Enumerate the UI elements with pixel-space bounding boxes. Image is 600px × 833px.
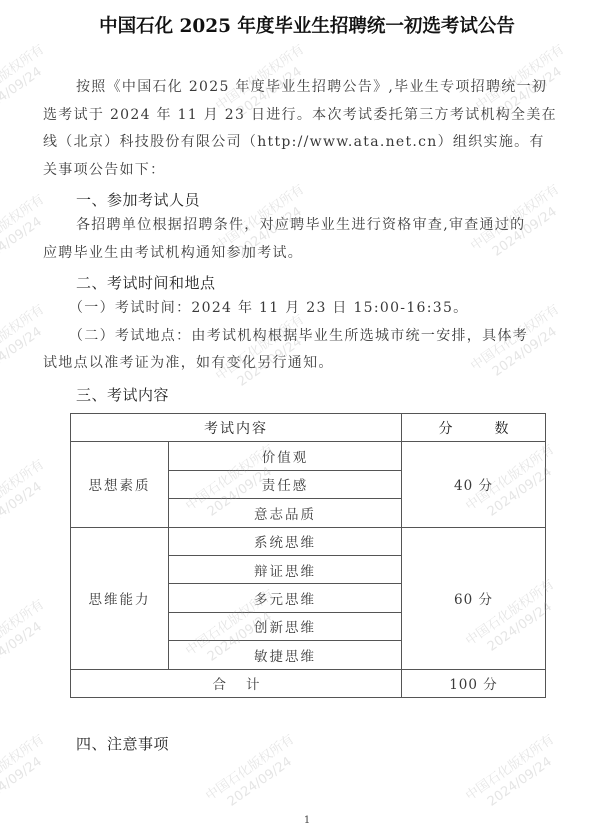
- section-heading-notes: 四、注意事项: [76, 732, 169, 756]
- intro-line: 线（北京）科技股份有限公司（http://www.ata.net.cn）组织实施…: [43, 129, 567, 157]
- total-score-cell: 100 分: [402, 669, 546, 697]
- item-cell: 系统思维: [169, 527, 402, 555]
- document-page: 中国石化 2025 年度毕业生招聘统一初选考试公告 按照《中国石化 2025 年…: [0, 0, 600, 833]
- participants-line: 应聘毕业生由考试机构通知参加考试。: [43, 240, 567, 268]
- intro-line: 关事项公告如下：: [43, 157, 567, 185]
- table-header-row: 考试内容 分 数: [71, 414, 546, 442]
- total-label-cell: 合计: [71, 669, 402, 697]
- section-heading-content: 三、考试内容: [76, 383, 169, 407]
- participants-line: 各招聘单位根据招聘条件，对应聘毕业生进行资格审查,审查通过的: [43, 212, 567, 240]
- intro-line: 选考试于 2024 年 11 月 23 日进行。本次考试委托第三方考试机构全美在: [43, 102, 567, 130]
- exam-content-table: 考试内容 分 数 思想素质 价值观 40 分 责任感 意志品质 思维能力 系统思…: [70, 413, 546, 698]
- intro-paragraph: 按照《中国石化 2025 年度毕业生招聘公告》,毕业生专项招聘统一初 选考试于 …: [43, 74, 567, 185]
- page-number: 1: [0, 815, 600, 826]
- category-cell: 思维能力: [71, 527, 169, 669]
- item-cell: 辩证思维: [169, 555, 402, 583]
- section-heading-participants: 一、参加考试人员: [76, 188, 200, 212]
- header-score: 分 数: [402, 414, 546, 442]
- item-cell: 价值观: [169, 442, 402, 470]
- time-place-paragraph: （一）考试时间：2024 年 11 月 23 日 15:00-16:35。 （二…: [43, 295, 567, 378]
- item-cell: 敏捷思维: [169, 641, 402, 669]
- table-total-row: 合计 100 分: [71, 669, 546, 697]
- section-heading-time-place: 二、考试时间和地点: [76, 271, 216, 295]
- exam-place-line: 试地点以准考证为准，如有变化另行通知。: [43, 350, 567, 378]
- score-cell: 40 分: [402, 442, 546, 527]
- item-cell: 意志品质: [169, 499, 402, 527]
- item-cell: 责任感: [169, 470, 402, 498]
- document-title: 中国石化 2025 年度毕业生招聘统一初选考试公告: [0, 13, 600, 41]
- item-cell: 创新思维: [169, 612, 402, 640]
- category-cell: 思想素质: [71, 442, 169, 527]
- item-cell: 多元思维: [169, 584, 402, 612]
- exam-time-line: （一）考试时间：2024 年 11 月 23 日 15:00-16:35。: [43, 295, 567, 323]
- header-content: 考试内容: [71, 414, 402, 442]
- table-row: 思想素质 价值观 40 分: [71, 442, 546, 470]
- table-row: 思维能力 系统思维 60 分: [71, 527, 546, 555]
- intro-line: 按照《中国石化 2025 年度毕业生招聘公告》,毕业生专项招聘统一初: [43, 74, 567, 102]
- participants-paragraph: 各招聘单位根据招聘条件，对应聘毕业生进行资格审查,审查通过的 应聘毕业生由考试机…: [43, 212, 567, 267]
- exam-place-line: （二）考试地点：由考试机构根据毕业生所选城市统一安排，具体考: [43, 323, 567, 351]
- score-cell: 60 分: [402, 527, 546, 669]
